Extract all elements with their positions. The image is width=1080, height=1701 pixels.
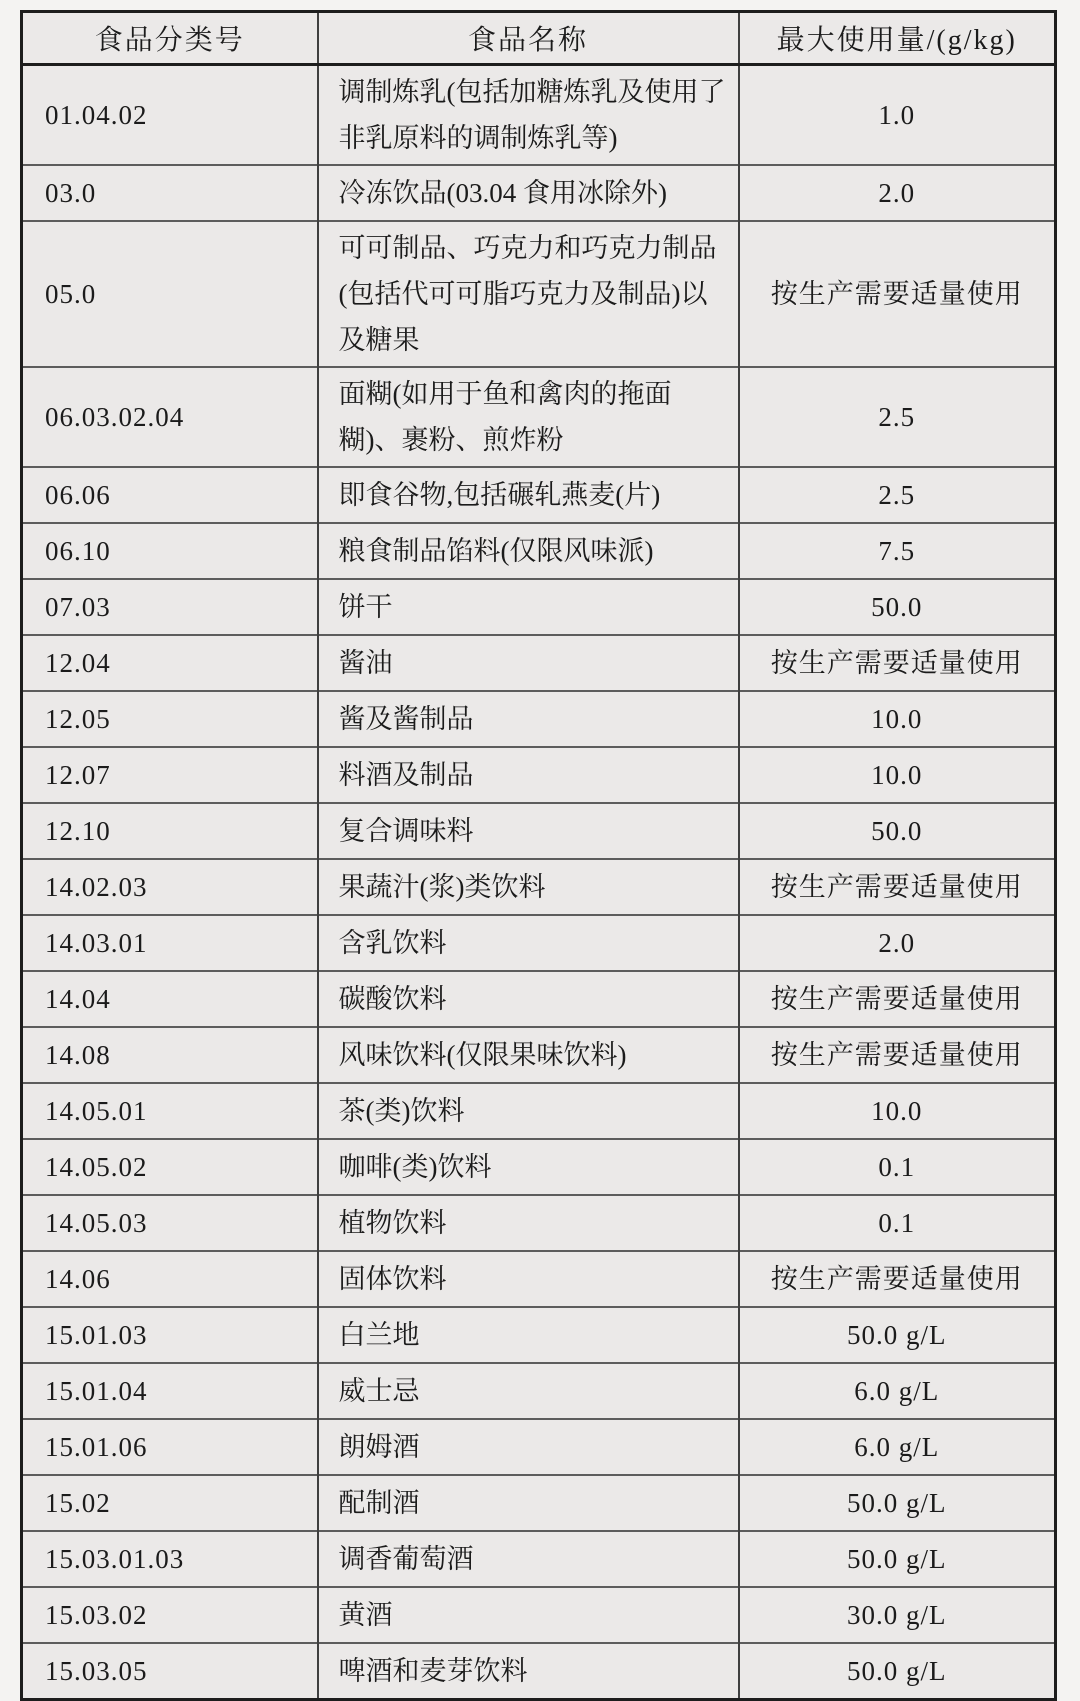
- table-row: 15.03.02黄酒30.0 g/L: [22, 1587, 1056, 1643]
- column-header-food-category-code: 食品分类号: [22, 12, 318, 65]
- table-row: 14.02.03果蔬汁(浆)类饮料按生产需要适量使用: [22, 859, 1056, 915]
- cell-food-category-code: 14.05.01: [22, 1083, 318, 1139]
- cell-food-name: 可可制品、巧克力和巧克力制品(包括代可可脂巧克力及制品)以及糖果: [318, 221, 739, 367]
- cell-food-category-code: 14.04: [22, 971, 318, 1027]
- cell-max-usage: 按生产需要适量使用: [739, 635, 1056, 691]
- cell-max-usage: 50.0: [739, 803, 1056, 859]
- cell-food-name: 碳酸饮料: [318, 971, 739, 1027]
- cell-food-name: 植物饮料: [318, 1195, 739, 1251]
- cell-max-usage: 10.0: [739, 747, 1056, 803]
- table-row: 14.05.02咖啡(类)饮料0.1: [22, 1139, 1056, 1195]
- cell-max-usage: 按生产需要适量使用: [739, 221, 1056, 367]
- table-row: 01.04.02调制炼乳(包括加糖炼乳及使用了非乳原料的调制炼乳等)1.0: [22, 65, 1056, 166]
- cell-max-usage: 0.1: [739, 1139, 1056, 1195]
- table-row: 12.10复合调味料50.0: [22, 803, 1056, 859]
- cell-max-usage: 30.0 g/L: [739, 1587, 1056, 1643]
- cell-food-name: 风味饮料(仅限果味饮料): [318, 1027, 739, 1083]
- table-row: 12.07料酒及制品10.0: [22, 747, 1056, 803]
- cell-max-usage: 1.0: [739, 65, 1056, 166]
- table-row: 14.04碳酸饮料按生产需要适量使用: [22, 971, 1056, 1027]
- cell-food-category-code: 15.03.01.03: [22, 1531, 318, 1587]
- cell-food-category-code: 14.08: [22, 1027, 318, 1083]
- cell-max-usage: 2.5: [739, 467, 1056, 523]
- cell-max-usage: 2.0: [739, 165, 1056, 221]
- table-row: 14.06固体饮料按生产需要适量使用: [22, 1251, 1056, 1307]
- cell-max-usage: 10.0: [739, 1083, 1056, 1139]
- cell-max-usage: 0.1: [739, 1195, 1056, 1251]
- cell-food-category-code: 15.01.03: [22, 1307, 318, 1363]
- cell-food-name: 威士忌: [318, 1363, 739, 1419]
- table-body: 01.04.02调制炼乳(包括加糖炼乳及使用了非乳原料的调制炼乳等)1.003.…: [22, 65, 1056, 1700]
- cell-max-usage: 50.0 g/L: [739, 1531, 1056, 1587]
- cell-food-name: 酱油: [318, 635, 739, 691]
- table-row: 14.05.01茶(类)饮料10.0: [22, 1083, 1056, 1139]
- cell-max-usage: 50.0 g/L: [739, 1643, 1056, 1700]
- cell-max-usage: 10.0: [739, 691, 1056, 747]
- cell-food-name: 酱及酱制品: [318, 691, 739, 747]
- cell-food-category-code: 14.05.03: [22, 1195, 318, 1251]
- cell-max-usage: 50.0 g/L: [739, 1475, 1056, 1531]
- table-row: 12.04酱油按生产需要适量使用: [22, 635, 1056, 691]
- table-row: 06.10粮食制品馅料(仅限风味派)7.5: [22, 523, 1056, 579]
- cell-food-name: 复合调味料: [318, 803, 739, 859]
- cell-max-usage: 6.0 g/L: [739, 1419, 1056, 1475]
- cell-food-category-code: 06.03.02.04: [22, 367, 318, 467]
- column-header-max-usage: 最大使用量/(g/kg): [739, 12, 1056, 65]
- cell-max-usage: 2.5: [739, 367, 1056, 467]
- cell-food-category-code: 06.10: [22, 523, 318, 579]
- cell-food-name: 冷冻饮品(03.04 食用冰除外): [318, 165, 739, 221]
- header-row: 食品分类号 食品名称 最大使用量/(g/kg): [22, 12, 1056, 65]
- cell-food-category-code: 14.06: [22, 1251, 318, 1307]
- table-row: 03.0冷冻饮品(03.04 食用冰除外)2.0: [22, 165, 1056, 221]
- cell-food-category-code: 12.10: [22, 803, 318, 859]
- cell-max-usage: 按生产需要适量使用: [739, 971, 1056, 1027]
- cell-food-category-code: 14.02.03: [22, 859, 318, 915]
- cell-food-category-code: 15.02: [22, 1475, 318, 1531]
- cell-max-usage: 2.0: [739, 915, 1056, 971]
- cell-food-name: 粮食制品馅料(仅限风味派): [318, 523, 739, 579]
- cell-food-name: 白兰地: [318, 1307, 739, 1363]
- cell-food-category-code: 14.03.01: [22, 915, 318, 971]
- document-page: 食品分类号 食品名称 最大使用量/(g/kg) 01.04.02调制炼乳(包括加…: [0, 0, 1080, 1644]
- cell-food-name: 即食谷物,包括碾轧燕麦(片): [318, 467, 739, 523]
- table-row: 14.03.01含乳饮料2.0: [22, 915, 1056, 971]
- cell-food-name: 茶(类)饮料: [318, 1083, 739, 1139]
- cell-food-name: 料酒及制品: [318, 747, 739, 803]
- cell-food-name: 调香葡萄酒: [318, 1531, 739, 1587]
- cell-food-category-code: 12.04: [22, 635, 318, 691]
- cell-max-usage: 50.0: [739, 579, 1056, 635]
- cell-food-name: 黄酒: [318, 1587, 739, 1643]
- cell-food-category-code: 12.07: [22, 747, 318, 803]
- cell-food-category-code: 12.05: [22, 691, 318, 747]
- table-row: 15.01.04威士忌6.0 g/L: [22, 1363, 1056, 1419]
- cell-food-category-code: 15.01.04: [22, 1363, 318, 1419]
- column-header-food-name: 食品名称: [318, 12, 739, 65]
- table-row: 14.05.03植物饮料0.1: [22, 1195, 1056, 1251]
- table-row: 12.05酱及酱制品10.0: [22, 691, 1056, 747]
- cell-food-name: 果蔬汁(浆)类饮料: [318, 859, 739, 915]
- cell-food-category-code: 05.0: [22, 221, 318, 367]
- cell-max-usage: 按生产需要适量使用: [739, 1251, 1056, 1307]
- cell-food-name: 饼干: [318, 579, 739, 635]
- cell-food-category-code: 15.03.05: [22, 1643, 318, 1700]
- table-row: 14.08风味饮料(仅限果味饮料)按生产需要适量使用: [22, 1027, 1056, 1083]
- cell-max-usage: 7.5: [739, 523, 1056, 579]
- table-header: 食品分类号 食品名称 最大使用量/(g/kg): [22, 12, 1056, 65]
- table-row: 15.03.05啤酒和麦芽饮料50.0 g/L: [22, 1643, 1056, 1700]
- table-row: 15.01.03白兰地50.0 g/L: [22, 1307, 1056, 1363]
- cell-max-usage: 按生产需要适量使用: [739, 859, 1056, 915]
- table-row: 15.03.01.03调香葡萄酒50.0 g/L: [22, 1531, 1056, 1587]
- cell-food-name: 含乳饮料: [318, 915, 739, 971]
- table-row: 15.02配制酒50.0 g/L: [22, 1475, 1056, 1531]
- table-row: 05.0可可制品、巧克力和巧克力制品(包括代可可脂巧克力及制品)以及糖果按生产需…: [22, 221, 1056, 367]
- cell-food-category-code: 14.05.02: [22, 1139, 318, 1195]
- table-row: 15.01.06朗姆酒6.0 g/L: [22, 1419, 1056, 1475]
- food-additive-usage-table: 食品分类号 食品名称 最大使用量/(g/kg) 01.04.02调制炼乳(包括加…: [20, 10, 1057, 1701]
- cell-food-category-code: 07.03: [22, 579, 318, 635]
- cell-max-usage: 按生产需要适量使用: [739, 1027, 1056, 1083]
- cell-food-category-code: 01.04.02: [22, 65, 318, 166]
- cell-food-name: 配制酒: [318, 1475, 739, 1531]
- cell-food-category-code: 15.03.02: [22, 1587, 318, 1643]
- cell-food-name: 朗姆酒: [318, 1419, 739, 1475]
- cell-max-usage: 50.0 g/L: [739, 1307, 1056, 1363]
- cell-food-name: 咖啡(类)饮料: [318, 1139, 739, 1195]
- cell-food-category-code: 15.01.06: [22, 1419, 318, 1475]
- cell-food-name: 固体饮料: [318, 1251, 739, 1307]
- cell-max-usage: 6.0 g/L: [739, 1363, 1056, 1419]
- cell-food-name: 啤酒和麦芽饮料: [318, 1643, 739, 1700]
- cell-food-name: 面糊(如用于鱼和禽肉的拖面糊)、裹粉、煎炸粉: [318, 367, 739, 467]
- table-row: 06.03.02.04面糊(如用于鱼和禽肉的拖面糊)、裹粉、煎炸粉2.5: [22, 367, 1056, 467]
- table-row: 07.03饼干50.0: [22, 579, 1056, 635]
- table-row: 06.06即食谷物,包括碾轧燕麦(片)2.5: [22, 467, 1056, 523]
- cell-food-category-code: 03.0: [22, 165, 318, 221]
- cell-food-name: 调制炼乳(包括加糖炼乳及使用了非乳原料的调制炼乳等): [318, 65, 739, 166]
- cell-food-category-code: 06.06: [22, 467, 318, 523]
